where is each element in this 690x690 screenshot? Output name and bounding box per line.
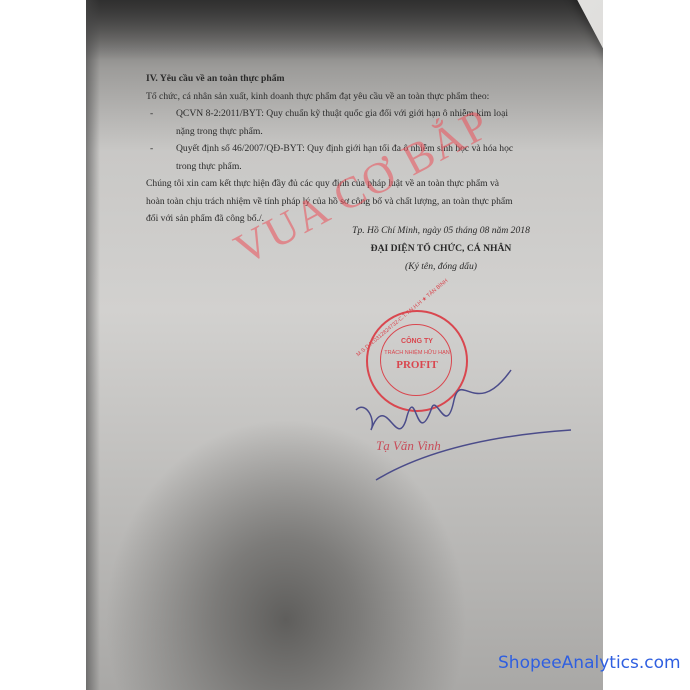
signatory-title: ĐẠI DIỆN TỔ CHỨC, CÁ NHÂN [326,240,556,258]
bullet-item: QCVN 8-2:2011/BYT: Quy chuẩn kỹ thuật qu… [146,105,576,123]
shadow [86,0,603,60]
site-watermark: ShopeeAnalytics.com [498,653,681,673]
section-heading: IV. Yêu cầu về an toàn thực phẩm [146,70,576,88]
signature-block: Tp. Hồ Chí Minh, ngày 05 tháng 08 năm 20… [326,222,556,276]
bullet-item-cont: nặng trong thực phẩm. [146,123,576,141]
stamp-line1: CÔNG TY [368,338,466,345]
page-edge [86,0,100,690]
intro-text: Tổ chức, cá nhân sản xuất, kinh doanh th… [146,88,576,106]
stamp-line2: TRÁCH NHIỆM HỮU HẠN [368,350,466,356]
place-date: Tp. Hồ Chí Minh, ngày 05 tháng 08 năm 20… [326,222,556,240]
signer-name: Tạ Văn Vinh [376,438,441,454]
signatory-note: (Ký tên, đóng dấu) [326,258,556,276]
signature-scribble [336,360,576,490]
bullet-item: Quyết định số 46/2007/QĐ-BYT: Quy định g… [146,140,576,158]
document-photo: IV. Yêu cầu về an toàn thực phẩm Tổ chức… [86,0,603,690]
